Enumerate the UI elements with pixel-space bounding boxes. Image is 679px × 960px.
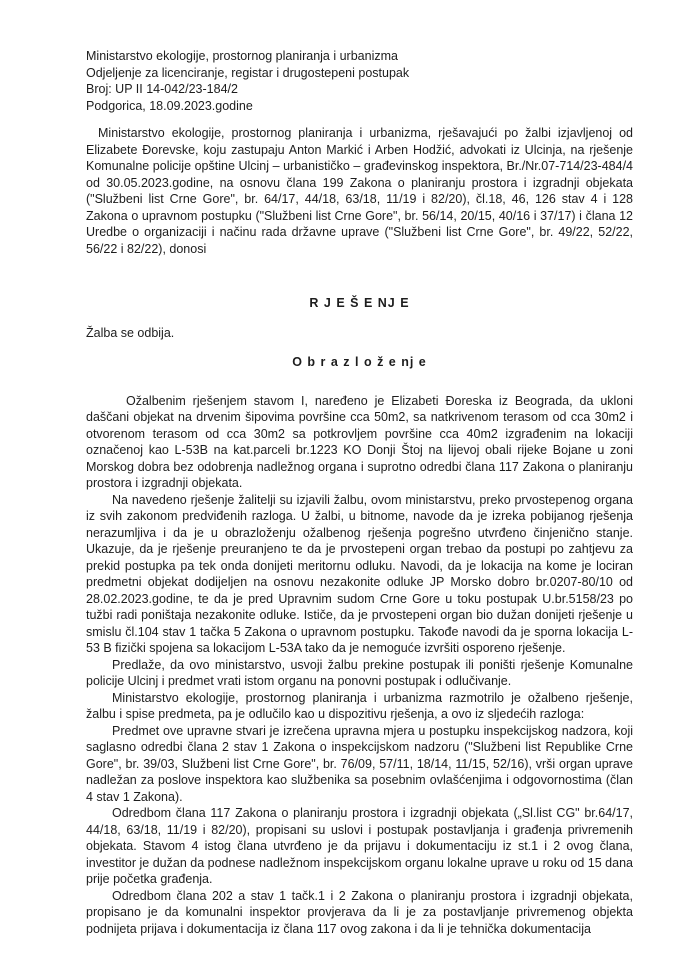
reasoning-paragraph-2: Na navedeno rješenje žalitelji su izjavi… (86, 492, 633, 657)
reasoning-paragraph-6: Odredbom člana 117 Zakona o planiranju p… (86, 805, 633, 888)
reasoning-heading: O b r a z l o ž e nj e (86, 354, 633, 371)
reasoning-paragraph-7: Odredbom člana 202 a stav 1 tačk.1 i 2 Z… (86, 888, 633, 938)
reasoning-paragraph-1: Ožalbenim rješenjem stavom I, naređeno j… (86, 393, 633, 492)
document-page: Ministarstvo ekologije, prostornog plani… (0, 0, 679, 960)
decision-heading: R J E Š E NJ E (86, 295, 633, 312)
ruling-text: Žalba se odbija. (86, 325, 633, 342)
reasoning-paragraph-4: Ministarstvo ekologije, prostornog plani… (86, 690, 633, 723)
reasoning-paragraph-5: Predmet ove upravne stvari je izrečena u… (86, 723, 633, 806)
reasoning-paragraph-3: Predlaže, da ovo ministarstvo, usvoji ža… (86, 657, 633, 690)
header-line-case-number: Broj: UP II 14-042/23-184/2 (86, 81, 633, 98)
header-line-ministry: Ministarstvo ekologije, prostornog plani… (86, 48, 633, 65)
header-line-department: Odjeljenje za licenciranje, registar i d… (86, 65, 633, 82)
intro-paragraph: Ministarstvo ekologije, prostornog plani… (86, 125, 633, 257)
document-header: Ministarstvo ekologije, prostornog plani… (86, 48, 633, 114)
header-line-place-date: Podgorica, 18.09.2023.godine (86, 98, 633, 115)
